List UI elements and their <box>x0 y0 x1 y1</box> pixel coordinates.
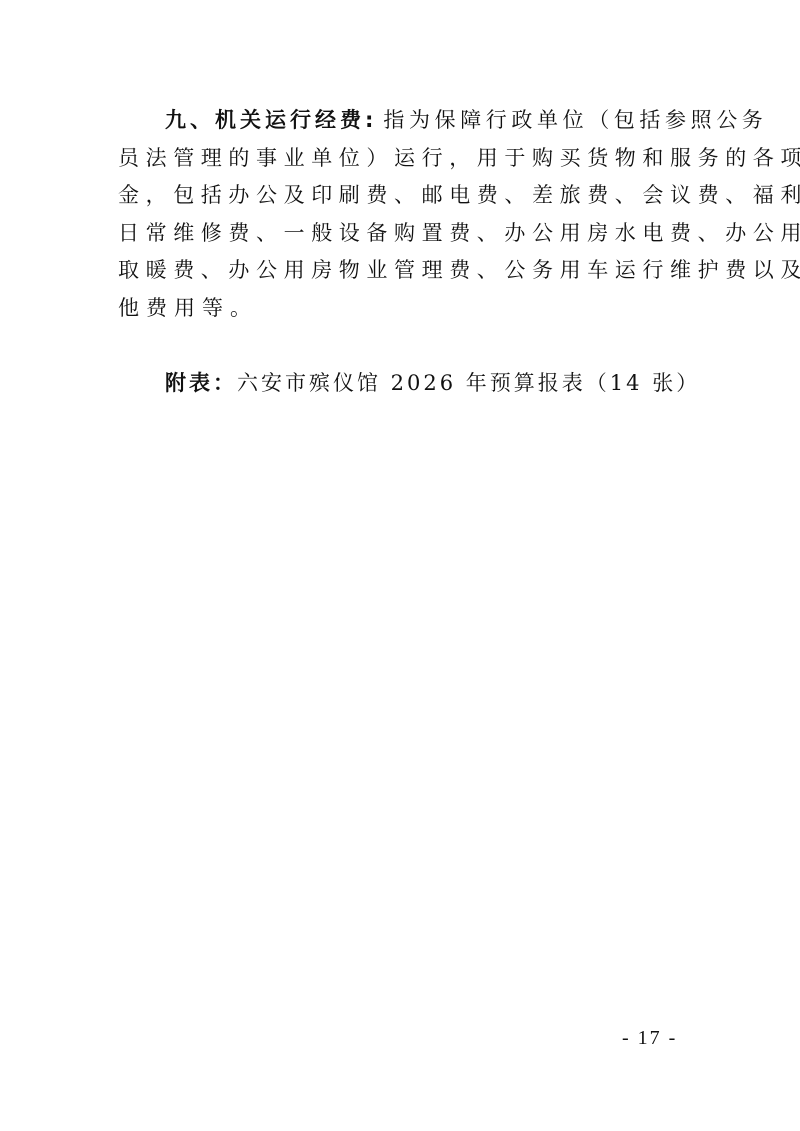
section-nine-text-6: 他费用等。 <box>118 293 258 323</box>
section-nine-text-1: 指为保障行政单位（包括参照公务 <box>383 105 767 135</box>
section-nine-text-5: 取暖费、办公用房物业管理费、公务用车运行维护费以及其 <box>118 255 800 285</box>
section-nine-line-5: 取暖费、办公用房物业管理费、公务用车运行维护费以及其 <box>118 255 678 285</box>
section-nine-line-6: 他费用等。 <box>118 293 678 323</box>
section-nine-text-2: 员法管理的事业单位）运行，用于购买货物和服务的各项资 <box>118 143 800 173</box>
section-nine-text-3: 金，包括办公及印刷费、邮电费、差旅费、会议费、福利费、 <box>118 180 800 210</box>
section-nine-text-4: 日常维修费、一般设备购置费、办公用房水电费、办公用房 <box>118 218 800 248</box>
document-page: 九、机关运行经费:指为保障行政单位（包括参照公务 员法管理的事业单位）运行，用于… <box>0 0 800 1131</box>
page-number: - 17 - <box>622 1026 677 1050</box>
appendix-label: 附表： <box>165 371 237 395</box>
section-nine-heading-colon: : <box>365 105 373 135</box>
section-nine-line-4: 日常维修费、一般设备购置费、办公用房水电费、办公用房 <box>118 218 678 248</box>
section-nine-line-2: 员法管理的事业单位）运行，用于购买货物和服务的各项资 <box>118 143 678 173</box>
section-nine-line-1: 九、机关运行经费:指为保障行政单位（包括参照公务 <box>165 105 678 135</box>
section-nine-line-3: 金，包括办公及印刷费、邮电费、差旅费、会议费、福利费、 <box>118 180 678 210</box>
appendix-text: 六安市殡仪馆 2026 年预算报表（14 张） <box>237 371 700 395</box>
section-nine-heading: 九、机关运行经费 <box>165 105 365 135</box>
appendix-line: 附表：六安市殡仪馆 2026 年预算报表（14 张） <box>165 368 700 398</box>
